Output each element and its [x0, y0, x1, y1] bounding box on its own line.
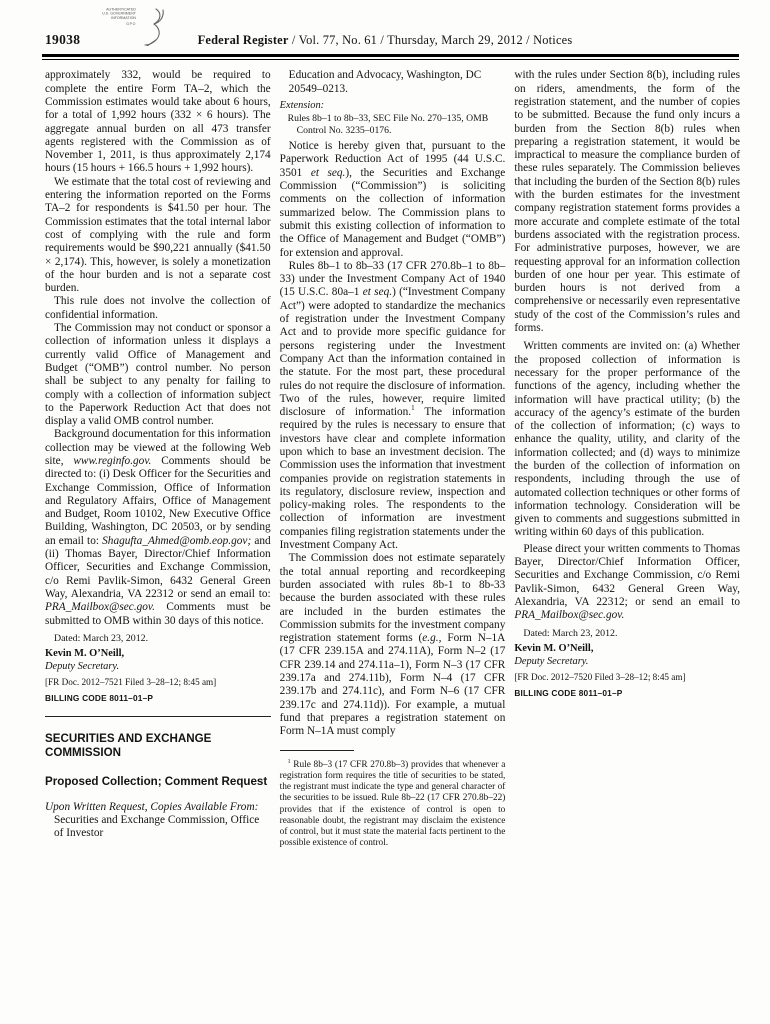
extension-rules: Rules 8b–1 to 8b–33, SEC File No. 270–13…: [280, 113, 506, 136]
fr-doc-line: [FR Doc. 2012–7520 Filed 3–28–12; 8:45 a…: [514, 672, 740, 683]
column-layout: approximately 332, would be required to …: [0, 60, 770, 858]
section-divider: [45, 716, 271, 717]
federal-register-page: AUTHENTICATED U.S. GOVERNMENT INFORMATIO…: [0, 0, 770, 1024]
paragraph: Written comments are invited on: (a) Whe…: [514, 340, 740, 539]
footnote-divider: [280, 750, 354, 751]
column-3: with the rules under Section 8(b), inclu…: [514, 69, 740, 858]
billing-code: BILLING CODE 8011–01–P: [514, 688, 740, 698]
billing-code: BILLING CODE 8011–01–P: [45, 693, 271, 703]
extension-label: Extension:: [280, 100, 506, 112]
paragraph: approximately 332, would be required to …: [45, 69, 271, 175]
paragraph: with the rules under Section 8(b), inclu…: [514, 69, 740, 335]
signature-name: Kevin M. O’Neill,: [514, 643, 740, 656]
column-1: approximately 332, would be required to …: [45, 69, 271, 858]
agency-heading: SECURITIES AND EXCHANGE COMMISSION: [45, 732, 271, 760]
column-2: Education and Advocacy, Washington, DC 2…: [280, 69, 506, 858]
paragraph: This rule does not involve the collectio…: [45, 295, 271, 322]
address-continuation: Education and Advocacy, Washington, DC 2…: [280, 69, 506, 96]
paragraph: The Commission does not estimate separat…: [280, 552, 506, 738]
paragraph: The Commission may not conduct or sponso…: [45, 322, 271, 428]
signature-name: Kevin M. O’Neill,: [45, 648, 271, 661]
signature-title: Deputy Secretary.: [45, 661, 271, 673]
page-header: 19038 Federal Register / Vol. 77, No. 61…: [0, 0, 770, 52]
paragraph: We estimate that the total cost of revie…: [45, 176, 271, 296]
fr-doc-line: [FR Doc. 2012–7521 Filed 3–28–12; 8:45 a…: [45, 677, 271, 688]
notice-heading: Proposed Collection; Comment Request: [45, 775, 271, 789]
footnote-1: 1 Rule 8b–3 (17 CFR 270.8b–3) provides t…: [280, 760, 506, 850]
dated-line: Dated: March 23, 2012.: [45, 633, 271, 645]
paragraph: Please direct your written comments to T…: [514, 543, 740, 623]
dated-line: Dated: March 23, 2012.: [514, 628, 740, 640]
paragraph: Background documentation for this inform…: [45, 428, 271, 627]
page-number: 19038: [45, 32, 80, 48]
header-title: Federal Register / Vol. 77, No. 61 / Thu…: [198, 33, 573, 48]
upon-request-note: Upon Written Request, Copies Available F…: [45, 801, 271, 841]
paragraph: Notice is hereby given that, pursuant to…: [280, 140, 506, 260]
paragraph: Rules 8b–1 to 8b–33 (17 CFR 270.8b–1 to …: [280, 260, 506, 553]
signature-title: Deputy Secretary.: [514, 656, 740, 668]
